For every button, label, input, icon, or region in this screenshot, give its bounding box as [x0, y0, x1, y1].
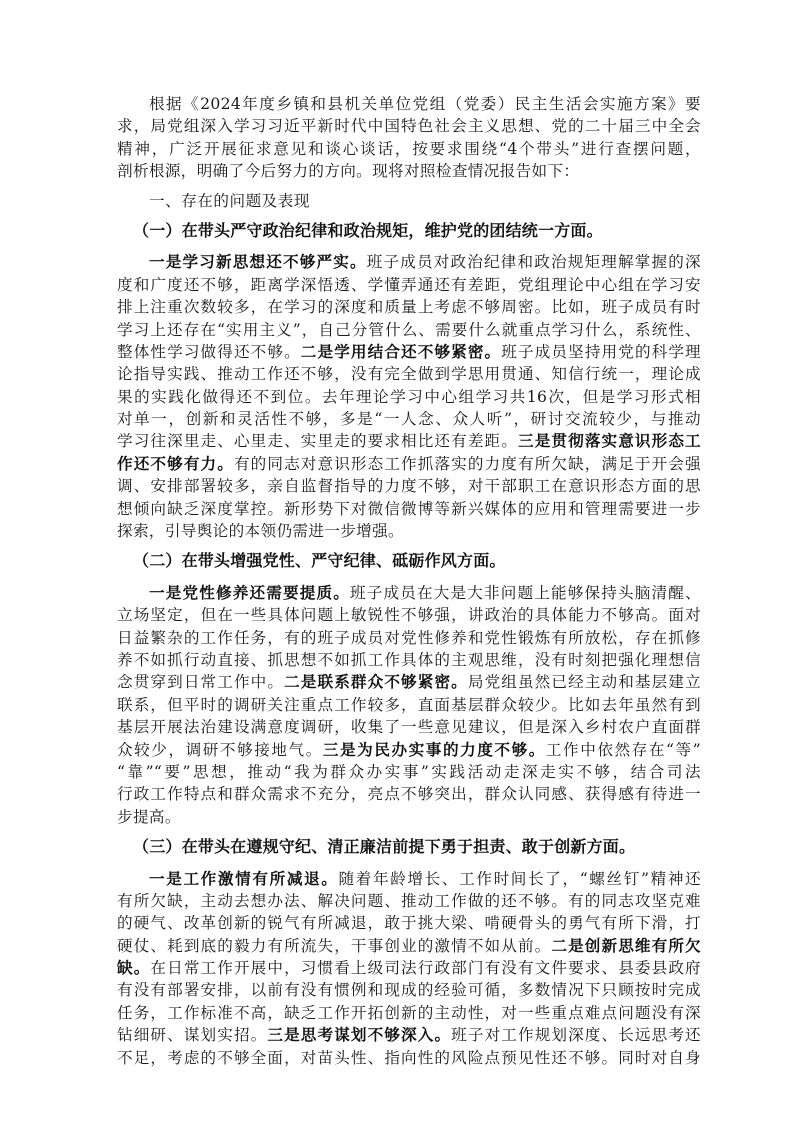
text-line: 作还不够有力。有的同志对意识形态工作抓落实的力度有所欠缺，满足于开会强 — [117, 453, 701, 475]
text-line: 调、安排部署较多，亲自监督指导的力度不够，对干部职工在意识形态方面的思 — [117, 475, 701, 497]
text-line: 排上注重次数较多，在学习的深度和质量上考虑不够周密。比如，班子成员有时 — [117, 296, 701, 318]
intro-line: 根据《2024年度乡镇和县机关单位党组（党委）民主生活会实施方案》要 — [117, 93, 701, 115]
point-title: 一是工作激情有所减退。 — [149, 869, 339, 888]
section-heading-2: （二）在带头增强党性、严守纪律、砥砺作风方面。 — [117, 550, 701, 572]
text-line: 整体性学习做得还不够。二是学用结合还不够紧密。班子成员坚持用党的科学理 — [117, 341, 701, 363]
text-run: 钻细研、谋划实招。 — [117, 1026, 267, 1044]
point-title: 三是贯彻落实意识形态工 — [518, 431, 701, 450]
text-line: 有没有部署安排，以前有没有惯例和现成的经验可循，多数情况下只顾按时完成 — [117, 979, 701, 1001]
point-title: 二是联系群众不够紧密。 — [284, 672, 468, 691]
text-run: 班子对工作规划深度、长远思考还 — [451, 1026, 701, 1044]
text-line: 学习上还存在“实用主义”，自己分管什么、需要什么就重点学习什么，系统性、 — [117, 319, 701, 341]
text-run: 工作中依然存在“等” — [546, 741, 701, 759]
text-run: 班子成员坚持用党的科学理 — [501, 343, 701, 361]
text-line: 念贯穿到日常工作中。二是联系群众不够紧密。局党组虽然已经主动和基层建立 — [117, 671, 701, 693]
intro-line: 求，局党组深入学习习近平新时代中国特色社会主义思想、党的二十届三中全会 — [117, 115, 701, 137]
text-run: 班子成员在大是大非问题上能够保持头脑清醒、 — [350, 584, 701, 602]
text-line: 果的实践化做得还不到位。去年理论学习中心组学习共16次，但是学习形式相 — [117, 386, 701, 408]
text-line: 的硬气、改革创新的锐气有所减退，敢于挑大梁、啃硬骨头的勇气有所下滑，打 — [117, 912, 701, 934]
text-line: 行政工作特点和群众需求不充分，亮点不够突出，群众认同感、获得感有待进一 — [117, 783, 701, 805]
section-heading-3: （三）在带头在遵规守纪、清正廉洁前提下勇于担责、敢于创新方面。 — [117, 836, 701, 858]
section-1-paragraph: 一是学习新思想还不够严实。班子成员对政治纪律和政治规矩理解掌握的深 度和广度还不… — [117, 251, 701, 542]
document-page: 根据《2024年度乡镇和县机关单位党组（党委）民主生活会实施方案》要 求，局党组… — [117, 93, 701, 1069]
text-line: 一是工作激情有所减退。随着年龄增长、工作时间长了，“螺丝钉”精神还 — [117, 868, 701, 890]
point-title: 二是创新思维有所欠 — [551, 936, 701, 955]
point-title: 一是学习新思想还不够严实。 — [149, 252, 367, 271]
text-line: 有所欠缺，主动去想办法、解决问题、推动工作做的还不够。有的同志攻坚克难 — [117, 890, 701, 912]
text-line: 一是学习新思想还不够严实。班子成员对政治纪律和政治规矩理解掌握的深 — [117, 251, 701, 273]
text-run: 局党组虽然已经主动和基层建立 — [468, 673, 701, 691]
text-line: 众较少，调研不够接地气。三是为民办实事的力度不够。工作中依然存在“等” — [117, 739, 701, 761]
section-2-paragraph: 一是党性修养还需要提质。班子成员在大是大非问题上能够保持头脑清醒、 立场坚定，但… — [117, 582, 701, 828]
text-line: 一是党性修养还需要提质。班子成员在大是大非问题上能够保持头脑清醒、 — [117, 582, 701, 604]
text-line: 缺。在日常工作开展中，习惯看上级司法行政部门有没有文件要求、县委县政府 — [117, 957, 701, 979]
text-run: 硬仗、耗到底的毅力有所流失，干事创业的激情不如从前。 — [117, 937, 551, 955]
text-run: 念贯穿到日常工作中。 — [117, 673, 284, 691]
point-title: 缺。 — [117, 958, 150, 977]
text-run: 有的同志对意识形态工作抓落实的力度有所欠缺，满足于开会强 — [234, 455, 701, 473]
text-line: 联系，但平时的调研关注重点工作较多，直面基层群众较少。比如去年虽然有到 — [117, 694, 701, 716]
section-heading-1: （一）在带头严守政治纪律和政治规矩，维护党的团结统一方面。 — [117, 220, 701, 242]
text-run: 随着年龄增长、工作时间长了，“螺丝钉”精神还 — [339, 870, 701, 888]
intro-line: 精神，广泛开展征求意见和谈心谈话，按要求围绕“4个带头”进行查摆问题， — [117, 138, 701, 160]
text-line: 学习往深里走、心里走、实里走的要求相比还有差距。三是贯彻落实意识形态工 — [117, 430, 701, 452]
text-line: 对单一，创新和灵活性不够，多是“一人念、众人听”，研讨交流较少，与推动 — [117, 408, 701, 430]
text-line: 度和广度还不够，距离学深悟透、学懂弄通还有差距，党组理论中心组在学习安 — [117, 274, 701, 296]
intro-paragraph: 根据《2024年度乡镇和县机关单位党组（党委）民主生活会实施方案》要 求，局党组… — [117, 93, 701, 183]
text-line: 不足，考虑的不够全面，对苗头性、指向性的风险点预见性还不够。同时对自身 — [117, 1047, 701, 1069]
text-line: 日益繁杂的工作任务，有的班子成员对党性修养和党性锻炼有所放松，存在抓修 — [117, 627, 701, 649]
point-title: 一是党性修养还需要提质。 — [149, 583, 350, 602]
point-title: 二是学用结合还不够紧密。 — [301, 342, 502, 361]
point-title: 作还不够有力。 — [117, 454, 234, 473]
text-line: 基层开展法治建设满意度调研，收集了一些意见建议，但是深入乡村农户直面群 — [117, 716, 701, 738]
text-line: 钻细研、谋划实招。三是思考谋划不够深入。班子对工作规划深度、长远思考还 — [117, 1024, 701, 1046]
text-line: 养不如抓行动直接、抓思想不如抓工作具体的主观思维，没有时刻把强化理想信 — [117, 649, 701, 671]
text-line: 任务，工作标准不高，缺乏工作开拓创新的主动性，对一些重点难点问题没有深 — [117, 1002, 701, 1024]
part-heading-problems: 一、存在的问题及表现 — [117, 190, 701, 212]
text-run: 众较少，调研不够接地气。 — [117, 741, 323, 759]
text-line: 探索，引导舆论的本领仍需进一步增强。 — [117, 520, 701, 542]
text-run: 整体性学习做得还不够。 — [117, 343, 301, 361]
intro-line: 剖析根源，明确了今后努力的方向。现将对照检查情况报告如下： — [117, 160, 701, 182]
text-line: 步提高。 — [117, 806, 701, 828]
text-run: 在日常工作开展中，习惯看上级司法行政部门有没有文件要求、县委县政府 — [150, 959, 701, 977]
text-run: 学习往深里走、心里走、实里走的要求相比还有差距。 — [117, 432, 518, 450]
point-title: 三是思考谋划不够深入。 — [267, 1025, 451, 1044]
text-line: “靠”“要”思想，推动“我为群众办实事”实践活动走深走实不够，结合司法 — [117, 761, 701, 783]
text-run: 班子成员对政治纪律和政治规矩理解掌握的深 — [367, 253, 701, 271]
text-line: 想倾向缺乏深度掌控。新形势下对微信微博等新兴媒体的应用和管理需要进一步 — [117, 498, 701, 520]
section-3-paragraph: 一是工作激情有所减退。随着年龄增长、工作时间长了，“螺丝钉”精神还 有所欠缺，主… — [117, 868, 701, 1070]
point-title: 三是为民办实事的力度不够。 — [323, 740, 546, 759]
text-line: 论指导实践、推动工作还不够，没有完全做到学思用贯通、知信行统一，理论成 — [117, 363, 701, 385]
text-line: 硬仗、耗到底的毅力有所流失，干事创业的激情不如从前。二是创新思维有所欠 — [117, 935, 701, 957]
text-line: 立场坚定，但在一些具体问题上敏锐性不够强，讲政治的具体能力不够高。面对 — [117, 604, 701, 626]
